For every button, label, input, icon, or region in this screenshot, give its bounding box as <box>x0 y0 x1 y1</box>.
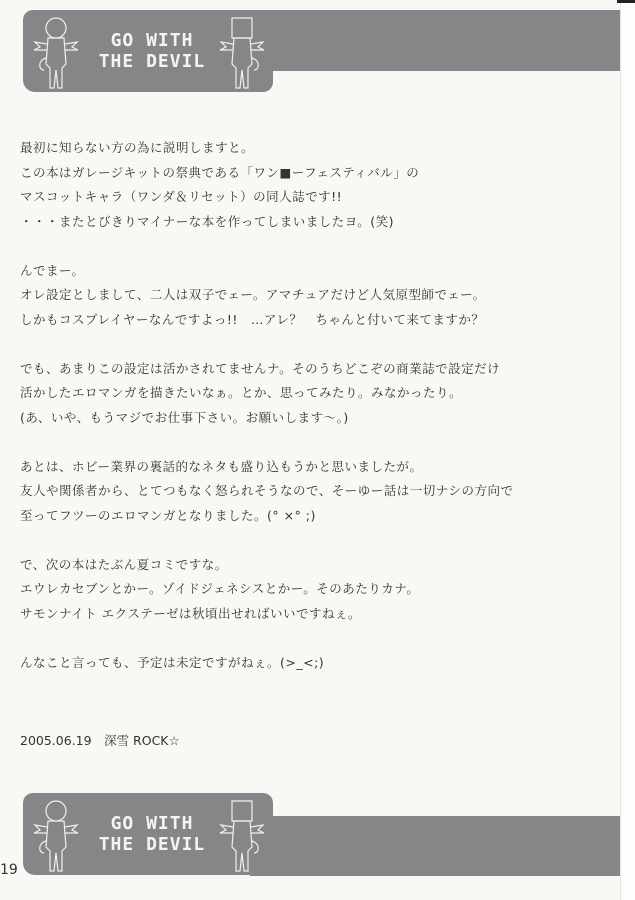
banner-title: GO WITH THE DEVIL <box>82 30 222 72</box>
text-line: しかもコスプレイヤーなんですよっ!! …アレ？ ちゃんと付いて来てますか？ <box>20 308 610 333</box>
banner-title: GO WITH THE DEVIL <box>82 813 222 855</box>
banner-strip <box>250 816 620 876</box>
corner-mark <box>617 0 635 3</box>
text-line: 最初に知らない方の為に説明しますと。 <box>20 136 610 161</box>
page-number: 19 <box>0 862 18 878</box>
text-line: で、次の本はたぶん夏コミですな。 <box>20 553 610 578</box>
text-line: 至ってフツーのエロマンガとなりました。(° ×° ;) <box>20 504 610 529</box>
paragraph: あとは、ホビー業界の裏話的なネタも盛り込もうかと思いましたが。 友人や関係者から… <box>20 455 610 529</box>
paragraph: んでまー。 オレ設定としまして、二人は双子でェー。アマチュアだけど人気原型師でェ… <box>20 259 610 333</box>
text-line: サモンナイト エクステーゼは秋頃出せればいいですねぇ。 <box>20 602 610 627</box>
banner-title-line1: GO WITH <box>82 813 222 834</box>
devil-girl-icon <box>218 797 266 873</box>
banner-title-line2: THE DEVIL <box>82 834 222 855</box>
text-line: でも、あまりこの設定は活かされてませんナ。そのうちどこぞの商業誌で設定だけ <box>20 357 610 382</box>
text-line: この本はガレージキットの祭典である「ワン■ーフェスティバル」の <box>20 161 610 186</box>
devil-girl-icon <box>218 14 266 90</box>
paragraph: んなこと言っても、予定は未定ですがねぇ。(>_<;) <box>20 651 610 676</box>
banner-strip <box>250 10 620 71</box>
footer-banner: GO WITH THE DEVIL <box>0 793 635 878</box>
banner-title-line1: GO WITH <box>82 30 222 51</box>
paragraph: 最初に知らない方の為に説明しますと。 この本はガレージキットの祭典である「ワン■… <box>20 136 610 234</box>
text-line: あとは、ホビー業界の裏話的なネタも盛り込もうかと思いましたが。 <box>20 455 610 480</box>
text-line: 友人や関係者から、とてつもなく怒られそうなので、そーゆー話は一切ナシの方向で <box>20 479 610 504</box>
afterword-text: 最初に知らない方の為に説明しますと。 この本はガレージキットの祭典である「ワン■… <box>20 136 610 700</box>
header-banner: GO WITH THE DEVIL <box>0 10 635 95</box>
devil-girl-icon <box>32 14 80 90</box>
text-line: んなこと言っても、予定は未定ですがねぇ。(>_<;) <box>20 651 610 676</box>
paragraph: で、次の本はたぶん夏コミですな。 エウレカセブンとかー。ゾイドジェネシスとかー。… <box>20 553 610 627</box>
page-edge <box>620 0 635 900</box>
text-line: オレ設定としまして、二人は双子でェー。アマチュアだけど人気原型師でェー。 <box>20 283 610 308</box>
banner-title-line2: THE DEVIL <box>82 51 222 72</box>
paragraph: でも、あまりこの設定は活かされてませんナ。そのうちどこぞの商業誌で設定だけ 活か… <box>20 357 610 431</box>
text-line: 活かしたエロマンガを描きたいなぁ。とか、思ってみたり。みなかったり。 <box>20 381 610 406</box>
text-line: ・・・またとびきりマイナーな本を作ってしまいましたヨ。(笑) <box>20 210 610 235</box>
text-line: エウレカセブンとかー。ゾイドジェネシスとかー。そのあたりカナ。 <box>20 577 610 602</box>
text-line: (あ、いや、もうマジでお仕事下さい。お願いします～。) <box>20 406 610 431</box>
signature-date: 2005.06.19 深雪 ROCK☆ <box>20 731 180 749</box>
text-line: マスコットキャラ（ワンダ＆リセット）の同人誌です!! <box>20 185 610 210</box>
text-line: んでまー。 <box>20 259 610 284</box>
devil-girl-icon <box>32 797 80 873</box>
